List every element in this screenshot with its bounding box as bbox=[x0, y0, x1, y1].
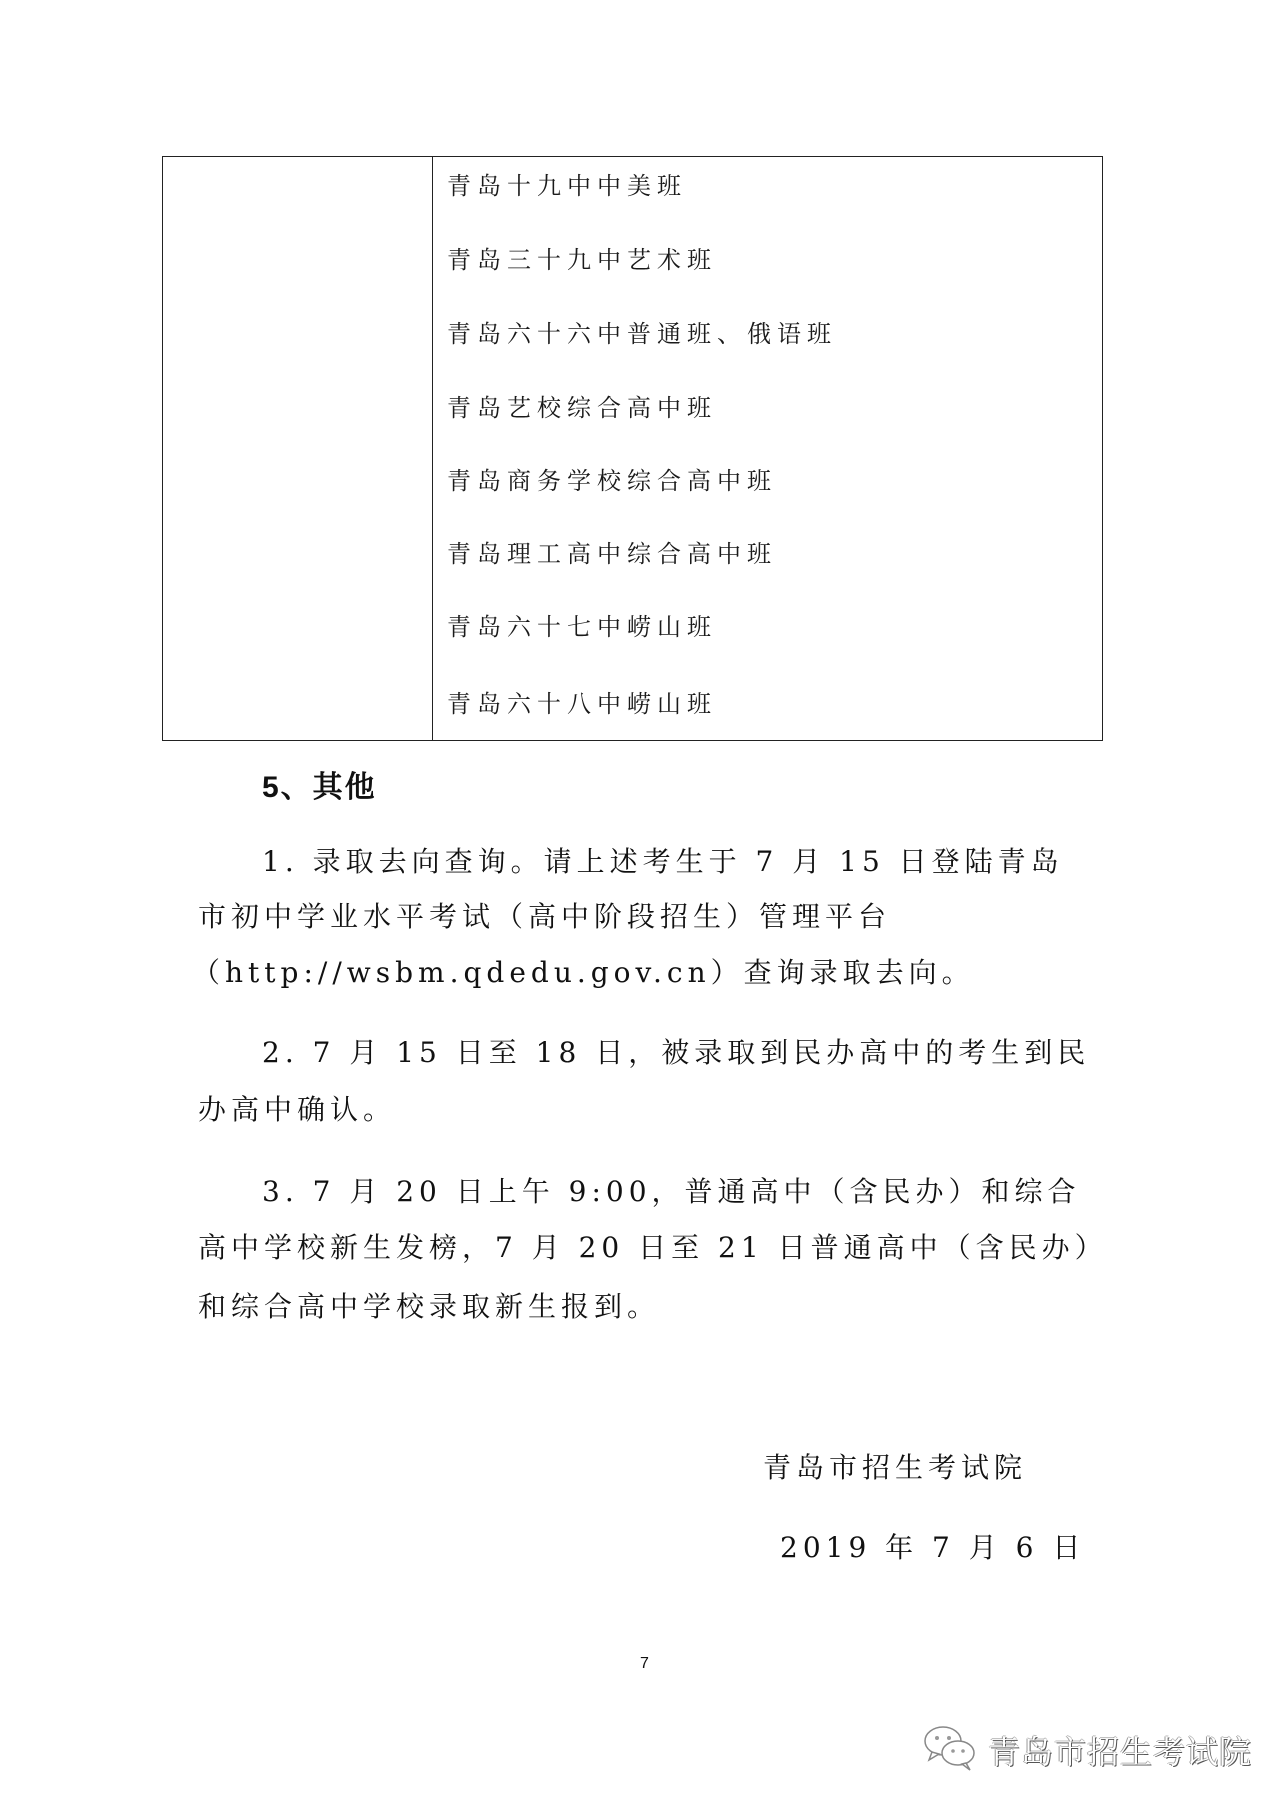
table-row: 青岛六十八中崂山班 bbox=[447, 689, 717, 719]
table-row: 青岛十九中中美班 bbox=[447, 171, 687, 201]
school-table: 青岛十九中中美班 青岛三十九中艺术班 青岛六十六中普通班、俄语班 青岛艺校综合高… bbox=[162, 156, 1103, 741]
paragraph-line: 2. 7 月 15 日至 18 日，被录取到民办高中的考生到民 bbox=[262, 1033, 1090, 1073]
paragraph-line: （http://wsbm.qdedu.gov.cn）查询录取去向。 bbox=[192, 953, 975, 993]
table-row: 青岛三十九中艺术班 bbox=[447, 245, 717, 275]
signature-date: 2019 年 7 月 6 日 bbox=[780, 1526, 1085, 1566]
table-row: 青岛六十六中普通班、俄语班 bbox=[447, 319, 837, 349]
paragraph-line: 和综合高中学校录取新生报到。 bbox=[198, 1287, 660, 1327]
table-row: 青岛艺校综合高中班 bbox=[447, 393, 717, 423]
paragraph-line: 市初中学业水平考试（高中阶段招生）管理平台 bbox=[198, 897, 891, 937]
paragraph-line: 办高中确认。 bbox=[198, 1090, 396, 1130]
table-row: 青岛商务学校综合高中班 bbox=[447, 466, 777, 496]
wechat-icon bbox=[922, 1723, 978, 1777]
table-row: 青岛六十七中崂山班 bbox=[447, 612, 717, 642]
watermark-text: 青岛市招生考试院 bbox=[988, 1727, 1252, 1773]
paragraph-line: 3. 7 月 20 日上午 9:00，普通高中（含民办）和综合 bbox=[262, 1172, 1081, 1212]
page-number: 7 bbox=[640, 1655, 649, 1673]
paragraph-line: 高中学校新生发榜，7 月 20 日至 21 日普通高中（含民办） bbox=[198, 1228, 1108, 1268]
paragraph-line: 1. 录取去向查询。请上述考生于 7 月 15 日登陆青岛 bbox=[262, 842, 1064, 882]
watermark: 青岛市招生考试院 bbox=[922, 1725, 1252, 1775]
signature-organization: 青岛市招生考试院 bbox=[763, 1446, 1027, 1486]
table-row: 青岛理工高中综合高中班 bbox=[447, 539, 777, 569]
table-column-divider bbox=[432, 157, 433, 740]
section-heading: 5、其他 bbox=[262, 762, 377, 806]
